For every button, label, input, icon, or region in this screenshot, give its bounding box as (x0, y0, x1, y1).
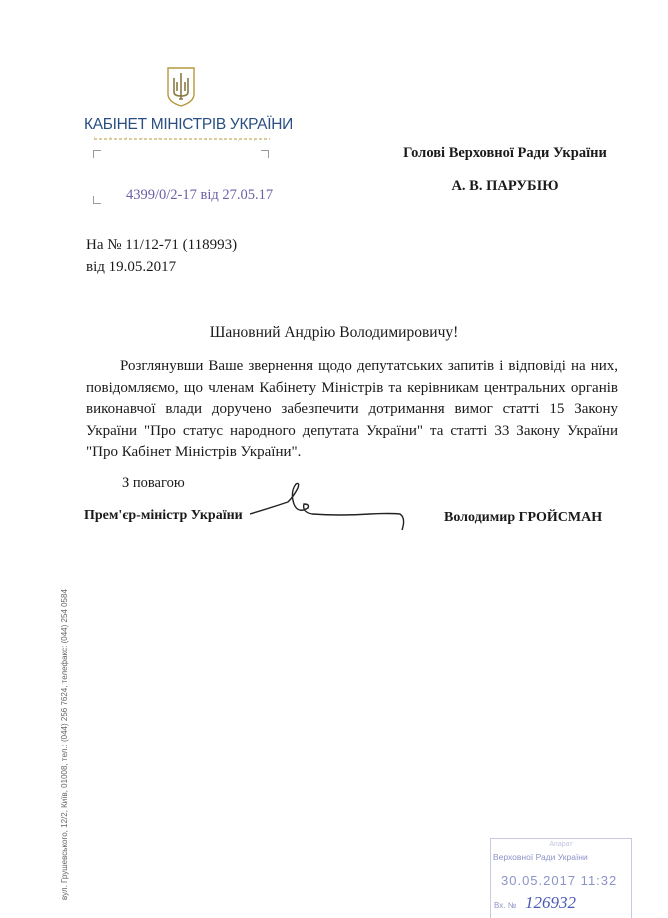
ornament-divider (94, 136, 270, 142)
footer-address: вул. Грушевського, 12/2, Київ, 01008, те… (60, 589, 69, 900)
signer-name: Володимир ГРОЙСМАН (444, 510, 602, 526)
signature (250, 478, 410, 536)
addressee-title: Голові Верховної Ради України (360, 145, 650, 162)
signer-position: Прем'єр-міністр України (84, 508, 243, 524)
closing: З повагою (122, 475, 185, 492)
stamp-incoming-label: Вх. № (494, 901, 516, 910)
stamp-organization: Верховної Ради України (493, 852, 633, 862)
addressee-name: А. В. ПАРУБІЮ (360, 178, 650, 195)
stamp-header: Апарат (491, 841, 631, 848)
trident-coat-of-arms-icon (166, 66, 196, 108)
registration-number: 4399/0/2-17 від 27.05.17 (126, 187, 273, 204)
reference-number: На № 11/12-71 (118993) (86, 237, 237, 254)
registration-stamp: Апарат Верховної Ради України 30.05.2017… (490, 838, 632, 918)
stamp-datetime: 30.05.2017 11:32 (501, 873, 617, 888)
salutation: Шановний Андрію Володимировичу! (84, 324, 584, 342)
organization-name: КАБІНЕТ МІНІСТРІВ УКРАЇНИ (84, 116, 278, 134)
corner-mark (93, 196, 101, 204)
stamp-incoming-number: 126932 (525, 893, 576, 913)
letter-body: Розглянувши Ваше звернення щодо депутатс… (86, 356, 618, 464)
reference-date: від 19.05.2017 (86, 259, 176, 276)
corner-mark (93, 150, 101, 158)
corner-mark (261, 150, 269, 158)
